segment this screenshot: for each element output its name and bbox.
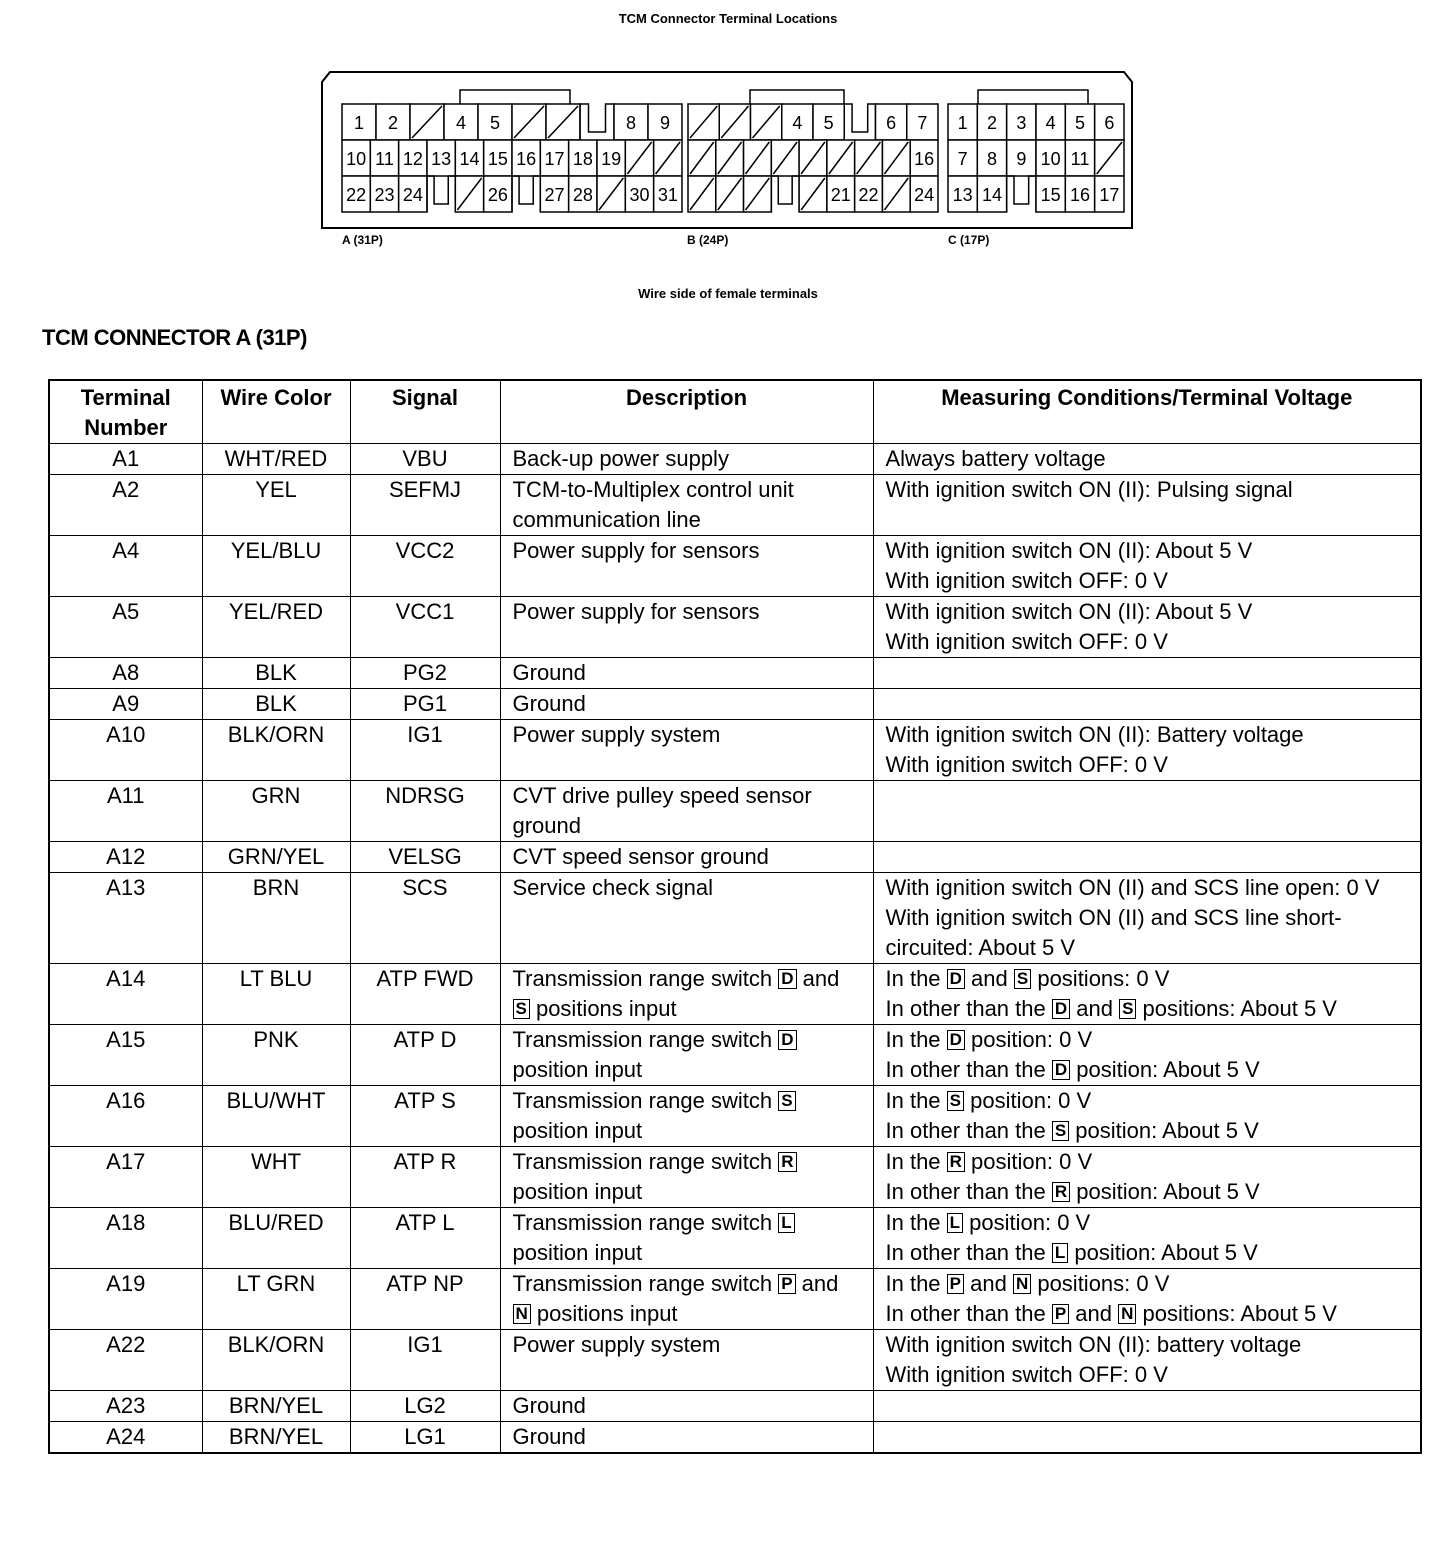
table-row: A19LT GRNATP NPTransmission range switch… xyxy=(49,1269,1421,1330)
condition-line: In the D position: 0 V xyxy=(886,1025,1409,1055)
svg-text:15: 15 xyxy=(488,149,508,169)
terminal-cell: A13 xyxy=(49,873,202,964)
conditions-cell: With ignition switch ON (II): About 5 VW… xyxy=(873,597,1421,658)
position-d-icon: D xyxy=(947,1030,965,1050)
svg-text:27: 27 xyxy=(544,185,564,205)
conditions-cell xyxy=(873,689,1421,720)
terminal-table: TerminalNumber Wire Color Signal Descrip… xyxy=(48,379,1422,1454)
position-r-icon: R xyxy=(1052,1182,1070,1202)
signal-cell: LG1 xyxy=(350,1422,500,1454)
terminal-cell: A15 xyxy=(49,1025,202,1086)
diagram-caption: Wire side of female terminals xyxy=(0,286,1456,301)
condition-line: With ignition switch OFF: 0 V xyxy=(886,1360,1409,1390)
svg-text:4: 4 xyxy=(1046,113,1056,133)
terminal-cell: A18 xyxy=(49,1208,202,1269)
condition-line: With ignition switch OFF: 0 V xyxy=(886,566,1409,596)
svg-text:3: 3 xyxy=(1016,113,1026,133)
signal-cell: VCC1 xyxy=(350,597,500,658)
description-cell: Ground xyxy=(500,1391,873,1422)
position-d-icon: D xyxy=(778,969,796,989)
description-cell: Ground xyxy=(500,689,873,720)
terminal-cell: A10 xyxy=(49,720,202,781)
terminal-cell: A11 xyxy=(49,781,202,842)
connector-a-label: A (31P) xyxy=(342,233,383,247)
header-conditions: Measuring Conditions/Terminal Voltage xyxy=(873,380,1421,444)
description-cell: Transmission range switch P and N positi… xyxy=(500,1269,873,1330)
position-n-icon: N xyxy=(513,1304,531,1324)
description-cell: Power supply system xyxy=(500,1330,873,1391)
header-wire-color: Wire Color xyxy=(202,380,350,444)
terminal-cell: A24 xyxy=(49,1422,202,1454)
signal-cell: ATP S xyxy=(350,1086,500,1147)
wire-color-cell: BRN/YEL xyxy=(202,1391,350,1422)
conditions-cell: In the D and S positions: 0 VIn other th… xyxy=(873,964,1421,1025)
conditions-cell: In the D position: 0 VIn other than the … xyxy=(873,1025,1421,1086)
description-cell: TCM-to-Multiplex control unit communicat… xyxy=(500,475,873,536)
signal-cell: ATP D xyxy=(350,1025,500,1086)
svg-text:16: 16 xyxy=(516,149,536,169)
conditions-cell xyxy=(873,658,1421,689)
conditions-cell: In the R position: 0 VIn other than the … xyxy=(873,1147,1421,1208)
table-row: A12GRN/YELVELSGCVT speed sensor ground xyxy=(49,842,1421,873)
signal-cell: LG2 xyxy=(350,1391,500,1422)
signal-cell: ATP NP xyxy=(350,1269,500,1330)
header-description: Description xyxy=(500,380,873,444)
table-row: A14LT BLUATP FWDTransmission range switc… xyxy=(49,964,1421,1025)
svg-text:23: 23 xyxy=(374,185,394,205)
terminal-cell: A19 xyxy=(49,1269,202,1330)
svg-text:24: 24 xyxy=(403,185,423,205)
wire-color-cell: LT BLU xyxy=(202,964,350,1025)
svg-text:12: 12 xyxy=(403,149,423,169)
svg-text:2: 2 xyxy=(388,113,398,133)
description-cell: Power supply for sensors xyxy=(500,536,873,597)
signal-cell: VELSG xyxy=(350,842,500,873)
svg-text:1: 1 xyxy=(958,113,968,133)
signal-cell: IG1 xyxy=(350,720,500,781)
position-n-icon: N xyxy=(1013,1274,1031,1294)
conditions-cell: Always battery voltage xyxy=(873,444,1421,475)
conditions-cell xyxy=(873,1422,1421,1454)
description-cell: CVT drive pulley speed sensor ground xyxy=(500,781,873,842)
svg-text:17: 17 xyxy=(1099,185,1119,205)
condition-line: In the R position: 0 V xyxy=(886,1147,1409,1177)
svg-text:13: 13 xyxy=(431,149,451,169)
svg-text:15: 15 xyxy=(1041,185,1061,205)
table-row: A17WHTATP RTransmission range switch R p… xyxy=(49,1147,1421,1208)
description-cell: Ground xyxy=(500,658,873,689)
wire-color-cell: GRN xyxy=(202,781,350,842)
signal-cell: PG1 xyxy=(350,689,500,720)
wire-color-cell: LT GRN xyxy=(202,1269,350,1330)
conditions-cell: With ignition switch ON (II): About 5 VW… xyxy=(873,536,1421,597)
wire-color-cell: BLK/ORN xyxy=(202,1330,350,1391)
position-p-icon: P xyxy=(778,1274,795,1294)
condition-line: With ignition switch ON (II): battery vo… xyxy=(886,1330,1409,1360)
svg-text:8: 8 xyxy=(987,149,997,169)
svg-text:22: 22 xyxy=(859,185,879,205)
signal-cell: VCC2 xyxy=(350,536,500,597)
condition-line: In other than the D and S positions: Abo… xyxy=(886,994,1409,1024)
condition-line: In other than the P and N positions: Abo… xyxy=(886,1299,1409,1329)
condition-line: With ignition switch OFF: 0 V xyxy=(886,750,1409,780)
svg-text:16: 16 xyxy=(914,149,934,169)
description-cell: Transmission range switch D position inp… xyxy=(500,1025,873,1086)
connector-c-label: C (17P) xyxy=(948,233,989,247)
terminal-cell: A16 xyxy=(49,1086,202,1147)
signal-cell: NDRSG xyxy=(350,781,500,842)
table-row: A18BLU/REDATP LTransmission range switch… xyxy=(49,1208,1421,1269)
position-d-icon: D xyxy=(947,969,965,989)
position-s-icon: S xyxy=(1014,969,1031,989)
description-cell: Power supply for sensors xyxy=(500,597,873,658)
condition-line: With ignition switch ON (II) and SCS lin… xyxy=(886,903,1409,963)
wire-color-cell: BLK xyxy=(202,689,350,720)
position-p-icon: P xyxy=(1052,1304,1069,1324)
conditions-cell: In the P and N positions: 0 VIn other th… xyxy=(873,1269,1421,1330)
position-n-icon: N xyxy=(1118,1304,1136,1324)
svg-text:28: 28 xyxy=(573,185,593,205)
section-title: TCM CONNECTOR A (31P) xyxy=(42,325,307,351)
svg-text:4: 4 xyxy=(792,113,802,133)
conditions-cell xyxy=(873,1391,1421,1422)
svg-text:8: 8 xyxy=(626,113,636,133)
description-cell: Transmission range switch L position inp… xyxy=(500,1208,873,1269)
svg-text:4: 4 xyxy=(456,113,466,133)
description-cell: CVT speed sensor ground xyxy=(500,842,873,873)
terminal-cell: A4 xyxy=(49,536,202,597)
svg-text:19: 19 xyxy=(601,149,621,169)
svg-text:30: 30 xyxy=(629,185,649,205)
signal-cell: VBU xyxy=(350,444,500,475)
conditions-cell: In the S position: 0 VIn other than the … xyxy=(873,1086,1421,1147)
wire-color-cell: PNK xyxy=(202,1025,350,1086)
conditions-cell: With ignition switch ON (II): Battery vo… xyxy=(873,720,1421,781)
description-cell: Transmission range switch D and S positi… xyxy=(500,964,873,1025)
svg-text:7: 7 xyxy=(917,113,927,133)
wire-color-cell: WHT xyxy=(202,1147,350,1208)
wire-color-cell: WHT/RED xyxy=(202,444,350,475)
signal-cell: PG2 xyxy=(350,658,500,689)
svg-text:9: 9 xyxy=(1016,149,1026,169)
svg-text:21: 21 xyxy=(831,185,851,205)
condition-line: With ignition switch ON (II): Pulsing si… xyxy=(886,475,1409,505)
conditions-cell: In the L position: 0 VIn other than the … xyxy=(873,1208,1421,1269)
table-row: A4YEL/BLUVCC2Power supply for sensorsWit… xyxy=(49,536,1421,597)
condition-line: With ignition switch OFF: 0 V xyxy=(886,627,1409,657)
header-terminal-number: TerminalNumber xyxy=(49,380,202,444)
terminal-cell: A23 xyxy=(49,1391,202,1422)
svg-text:10: 10 xyxy=(1041,149,1061,169)
terminal-cell: A2 xyxy=(49,475,202,536)
condition-line: With ignition switch ON (II): About 5 V xyxy=(886,597,1409,627)
description-cell: Service check signal xyxy=(500,873,873,964)
wire-color-cell: BLU/RED xyxy=(202,1208,350,1269)
svg-text:6: 6 xyxy=(1104,113,1114,133)
terminal-cell: A22 xyxy=(49,1330,202,1391)
condition-line: With ignition switch ON (II) and SCS lin… xyxy=(886,873,1409,903)
position-r-icon: R xyxy=(947,1152,965,1172)
terminal-cell: A1 xyxy=(49,444,202,475)
table-row: A13BRNSCSService check signalWith igniti… xyxy=(49,873,1421,964)
table-row: A24BRN/YELLG1Ground xyxy=(49,1422,1421,1454)
signal-cell: IG1 xyxy=(350,1330,500,1391)
conditions-cell: With ignition switch ON (II): battery vo… xyxy=(873,1330,1421,1391)
signal-cell: SEFMJ xyxy=(350,475,500,536)
condition-line: In other than the R position: About 5 V xyxy=(886,1177,1409,1207)
svg-text:7: 7 xyxy=(958,149,968,169)
svg-text:6: 6 xyxy=(886,113,896,133)
svg-text:2: 2 xyxy=(987,113,997,133)
svg-text:10: 10 xyxy=(346,149,366,169)
condition-line: In the D and S positions: 0 V xyxy=(886,964,1409,994)
condition-line: With ignition switch ON (II): Battery vo… xyxy=(886,720,1409,750)
wire-color-cell: BLK xyxy=(202,658,350,689)
table-row: A9BLKPG1Ground xyxy=(49,689,1421,720)
description-cell: Transmission range switch R position inp… xyxy=(500,1147,873,1208)
description-cell: Power supply system xyxy=(500,720,873,781)
wire-color-cell: GRN/YEL xyxy=(202,842,350,873)
signal-cell: ATP FWD xyxy=(350,964,500,1025)
connector-b-label: B (24P) xyxy=(687,233,728,247)
position-p-icon: P xyxy=(947,1274,964,1294)
conditions-cell: With ignition switch ON (II): Pulsing si… xyxy=(873,475,1421,536)
table-header-row: TerminalNumber Wire Color Signal Descrip… xyxy=(49,380,1421,444)
signal-cell: SCS xyxy=(350,873,500,964)
position-d-icon: D xyxy=(1052,1060,1070,1080)
condition-line: In other than the D position: About 5 V xyxy=(886,1055,1409,1085)
position-d-icon: D xyxy=(778,1030,796,1050)
condition-line: In the S position: 0 V xyxy=(886,1086,1409,1116)
conditions-cell xyxy=(873,842,1421,873)
terminal-cell: A12 xyxy=(49,842,202,873)
wire-color-cell: YEL/BLU xyxy=(202,536,350,597)
header-signal: Signal xyxy=(350,380,500,444)
position-d-icon: D xyxy=(1052,999,1070,1019)
svg-text:26: 26 xyxy=(488,185,508,205)
svg-text:31: 31 xyxy=(658,185,678,205)
conditions-cell: With ignition switch ON (II) and SCS lin… xyxy=(873,873,1421,964)
svg-text:11: 11 xyxy=(375,149,394,169)
description-cell: Back-up power supply xyxy=(500,444,873,475)
svg-text:24: 24 xyxy=(914,185,934,205)
svg-text:14: 14 xyxy=(982,185,1002,205)
table-row: A2YELSEFMJTCM-to-Multiplex control unit … xyxy=(49,475,1421,536)
position-s-icon: S xyxy=(1119,999,1136,1019)
connector-diagram: 1245891011121314151617181922232426272830… xyxy=(320,68,1136,230)
svg-text:1: 1 xyxy=(354,113,364,133)
svg-text:11: 11 xyxy=(1071,149,1090,169)
svg-text:22: 22 xyxy=(346,185,366,205)
terminal-cell: A14 xyxy=(49,964,202,1025)
wire-color-cell: BLK/ORN xyxy=(202,720,350,781)
svg-text:18: 18 xyxy=(573,149,593,169)
wire-color-cell: BLU/WHT xyxy=(202,1086,350,1147)
svg-text:5: 5 xyxy=(1075,113,1085,133)
description-cell: Transmission range switch S position inp… xyxy=(500,1086,873,1147)
table-row: A8BLKPG2Ground xyxy=(49,658,1421,689)
svg-text:14: 14 xyxy=(459,149,479,169)
table-row: A23BRN/YELLG2Ground xyxy=(49,1391,1421,1422)
condition-line: In the L position: 0 V xyxy=(886,1208,1409,1238)
signal-cell: ATP L xyxy=(350,1208,500,1269)
table-row: A15PNKATP DTransmission range switch D p… xyxy=(49,1025,1421,1086)
table-row: A16BLU/WHTATP STransmission range switch… xyxy=(49,1086,1421,1147)
terminal-cell: A17 xyxy=(49,1147,202,1208)
wire-color-cell: YEL/RED xyxy=(202,597,350,658)
description-cell: Ground xyxy=(500,1422,873,1454)
position-s-icon: S xyxy=(778,1091,795,1111)
condition-line: In other than the L position: About 5 V xyxy=(886,1238,1409,1268)
table-row: A10BLK/ORNIG1Power supply systemWith ign… xyxy=(49,720,1421,781)
condition-line: Always battery voltage xyxy=(886,444,1409,474)
condition-line: In other than the S position: About 5 V xyxy=(886,1116,1409,1146)
condition-line: In the P and N positions: 0 V xyxy=(886,1269,1409,1299)
svg-text:17: 17 xyxy=(544,149,564,169)
position-l-icon: L xyxy=(1052,1243,1068,1263)
svg-text:13: 13 xyxy=(953,185,973,205)
position-s-icon: S xyxy=(513,999,530,1019)
terminal-cell: A9 xyxy=(49,689,202,720)
terminal-cell: A8 xyxy=(49,658,202,689)
diagram-title: TCM Connector Terminal Locations xyxy=(0,11,1456,26)
table-row: A5YEL/REDVCC1Power supply for sensorsWit… xyxy=(49,597,1421,658)
table-row: A11GRNNDRSGCVT drive pulley speed sensor… xyxy=(49,781,1421,842)
position-s-icon: S xyxy=(1052,1121,1069,1141)
position-l-icon: L xyxy=(778,1213,794,1233)
svg-text:9: 9 xyxy=(660,113,670,133)
terminal-cell: A5 xyxy=(49,597,202,658)
svg-text:5: 5 xyxy=(490,113,500,133)
condition-line: With ignition switch ON (II): About 5 V xyxy=(886,536,1409,566)
svg-text:16: 16 xyxy=(1070,185,1090,205)
table-row: A1WHT/REDVBUBack-up power supplyAlways b… xyxy=(49,444,1421,475)
position-r-icon: R xyxy=(778,1152,796,1172)
conditions-cell xyxy=(873,781,1421,842)
wire-color-cell: BRN/YEL xyxy=(202,1422,350,1454)
signal-cell: ATP R xyxy=(350,1147,500,1208)
svg-text:5: 5 xyxy=(824,113,834,133)
table-row: A22BLK/ORNIG1Power supply systemWith ign… xyxy=(49,1330,1421,1391)
wire-color-cell: BRN xyxy=(202,873,350,964)
position-l-icon: L xyxy=(947,1213,963,1233)
wire-color-cell: YEL xyxy=(202,475,350,536)
position-s-icon: S xyxy=(947,1091,964,1111)
